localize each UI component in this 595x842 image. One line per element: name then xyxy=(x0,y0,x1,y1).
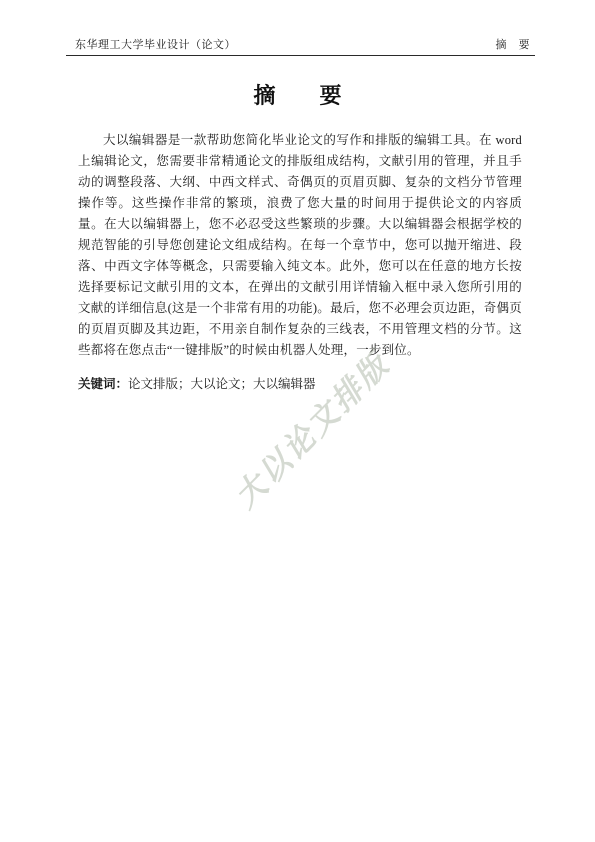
page-title: 摘 要 xyxy=(0,83,595,109)
keywords-line: 关键词：论文排版；大以论文；大以编辑器 xyxy=(78,374,522,395)
page-header: 东华理工大学毕业设计（论文） 摘 要 xyxy=(66,38,535,56)
abstract-paragraph: 大以编辑器是一款帮助您简化毕业论文的写作和排版的编辑工具。在 word 上编辑论… xyxy=(78,130,522,361)
keywords-value: 论文排版；大以论文；大以编辑器 xyxy=(128,377,316,391)
document-page: 东华理工大学毕业设计（论文） 摘 要 摘 要 大以论文排版 大以编辑器是一款帮助… xyxy=(0,0,595,842)
keywords-label: 关键词： xyxy=(78,377,128,391)
header-left-text: 东华理工大学毕业设计（论文） xyxy=(66,38,236,52)
header-right-text: 摘 要 xyxy=(496,38,536,52)
abstract-content: 大以编辑器是一款帮助您简化毕业论文的写作和排版的编辑工具。在 word 上编辑论… xyxy=(78,130,522,408)
